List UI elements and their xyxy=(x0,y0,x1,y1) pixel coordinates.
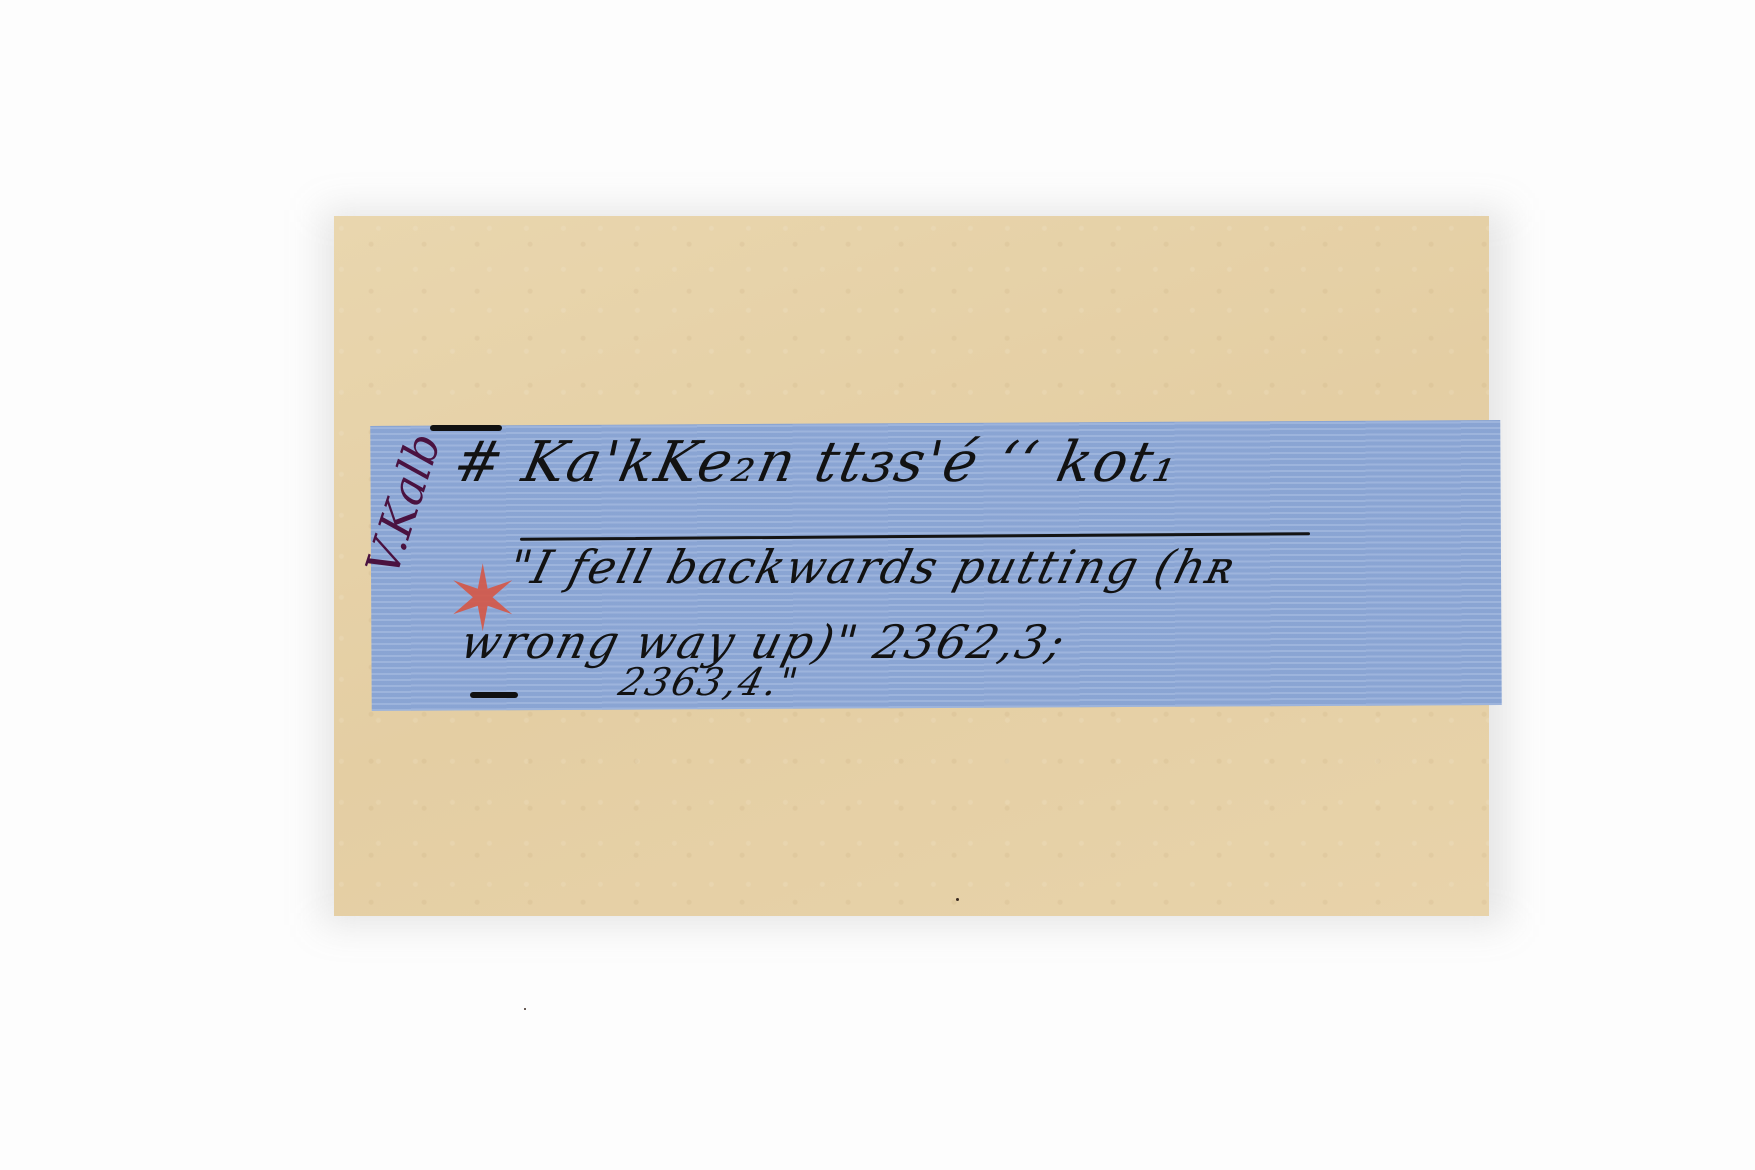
handwritten-gloss-line-1: "I fell backwards putting (hʀ xyxy=(503,540,1242,594)
red-star-icon: ✶ xyxy=(445,555,520,645)
handwritten-headword: # Ka'kKe₂n tt⁠ɜs'é ʻʻ kot₁ xyxy=(448,430,1185,495)
paper-speck xyxy=(956,898,959,901)
paper-speck xyxy=(524,1008,526,1010)
ink-dash-bottom xyxy=(470,692,518,698)
handwritten-reference: 2363,4." xyxy=(615,660,805,704)
